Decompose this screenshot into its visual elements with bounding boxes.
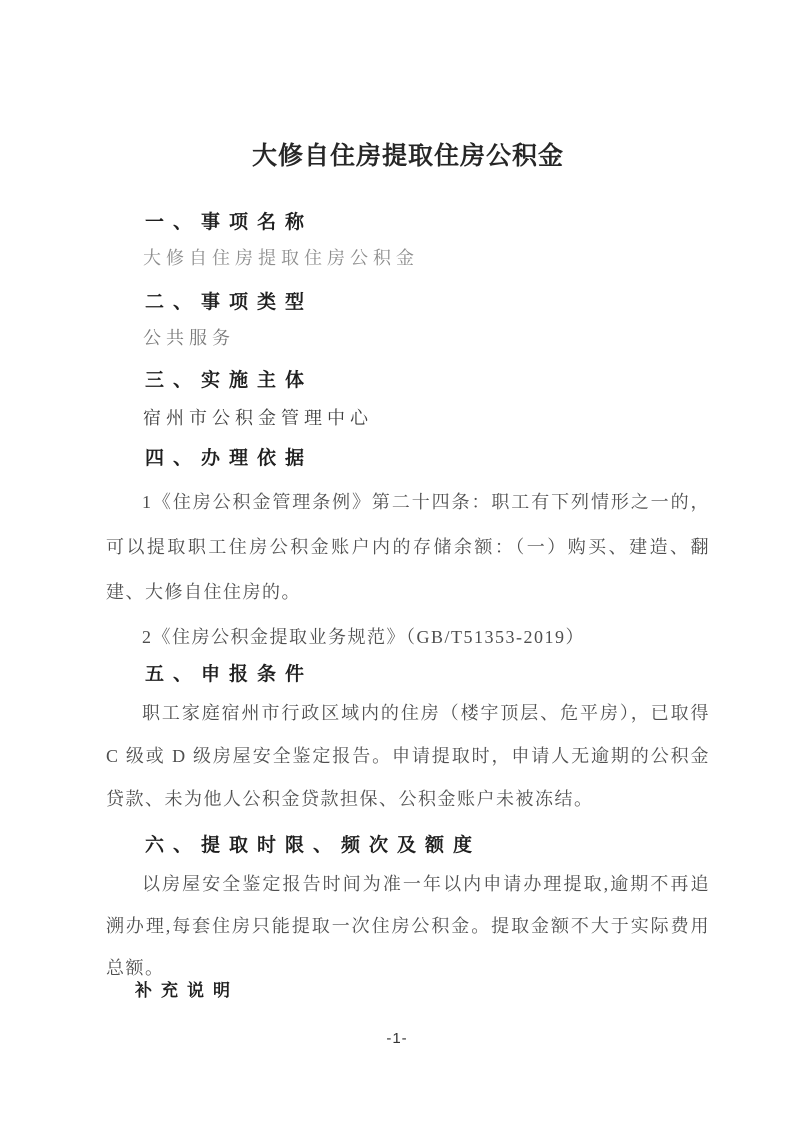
page-number: -1-: [0, 1030, 794, 1047]
section-body-item-name: 大修自住房提取住房公积金: [106, 244, 710, 272]
section-heading-implementing-body: 三、实施主体: [106, 366, 710, 396]
section-heading-legal-basis: 四、办理依据: [106, 444, 710, 474]
legal-basis-paragraph-1: 1《住房公积金管理条例》第二十四条：职工有下列情形之一的，可以提取职工住房公积金…: [106, 480, 710, 615]
legal-basis-paragraph-2: 2《住房公积金提取业务规范》（GB/T51353-2019）: [106, 615, 710, 660]
section-heading-item-type: 二、事项类型: [106, 288, 710, 318]
section-heading-item-name: 一、事项名称: [106, 208, 710, 238]
application-conditions-paragraph: 职工家庭宿州市行政区域内的住房（楼宇顶层、危平房），已取得 C 级或 D 级房屋…: [106, 692, 710, 821]
section-heading-application-conditions: 五、申报条件: [106, 660, 710, 690]
section-body-implementing-body: 宿州市公积金管理中心: [106, 404, 710, 432]
document-content: 大修自住房提取住房公积金 一、事项名称 大修自住房提取住房公积金 二、事项类型 …: [0, 0, 794, 1003]
supplementary-notes-heading: 补充说明: [106, 979, 710, 1003]
section-body-item-type: 公共服务: [106, 324, 710, 352]
section-heading-withdrawal-limits: 六、提取时限、频次及额度: [106, 831, 710, 861]
document-title: 大修自住房提取住房公积金: [106, 136, 710, 178]
withdrawal-limits-paragraph: 以房屋安全鉴定报告时间为准一年以内申请办理提取,逾期不再追溯办理,每套住房只能提…: [106, 863, 710, 989]
document-page: 大修自住房提取住房公积金 一、事项名称 大修自住房提取住房公积金 二、事项类型 …: [0, 0, 794, 1122]
